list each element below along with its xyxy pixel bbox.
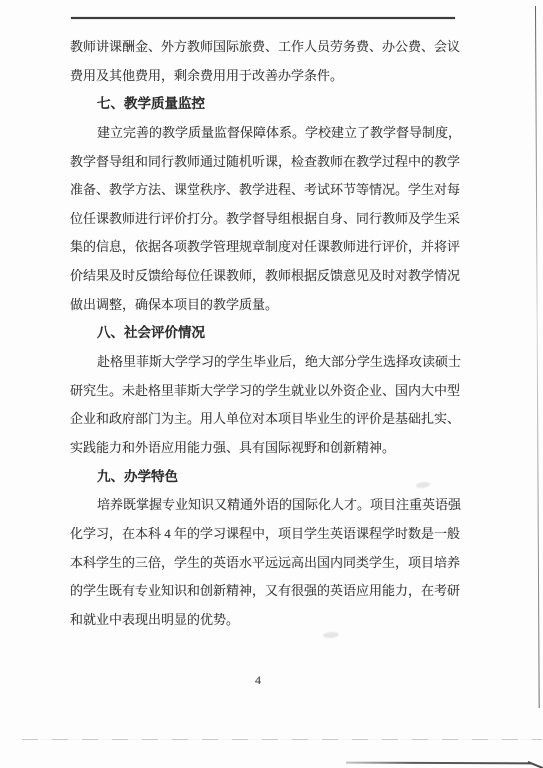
header-rule xyxy=(71,17,455,19)
text-line: 准备、教学方法、课堂秩序、教学进程、考试环节等情况。学生对每 xyxy=(70,176,474,205)
page-body-text: 教师讲课酬金、外方教师国际旅费、工作人员劳务费、办公费、会议 费用及其他费用，剩… xyxy=(70,33,474,634)
scan-bottom-dark-line xyxy=(346,762,532,764)
section-heading-8: 八、社会评价情况 xyxy=(70,319,474,348)
text-line: 企业和政府部门为主。用人单位对本项目毕业生的评价是基础扎实、 xyxy=(70,405,474,434)
text-line: 本科学生的三倍，学生的英语水平远远高出国内同类学生，项目培养 xyxy=(70,549,474,578)
text-line: 研究生。未赴格里菲斯大学学习的学生就业以外资企业、国内大中型 xyxy=(70,377,474,406)
text-line: 集的信息，依据各项教学管理规章制度对任课教师进行评价，并将评 xyxy=(70,233,474,262)
text-line: 价结果及时反馈给每位任课教师，教师根据反馈意见及时对教学情况 xyxy=(70,262,474,291)
text-line: 建立完善的教学质量监督保障体系。学校建立了教学督导制度， xyxy=(70,119,474,148)
page-number: 4 xyxy=(0,673,516,688)
scan-corner-mark xyxy=(528,761,543,768)
section-heading-7: 七、教学质量监控 xyxy=(70,90,474,119)
section-heading-9: 九、办学特色 xyxy=(70,463,474,492)
scan-right-edge-line xyxy=(535,6,540,708)
scan-smudge xyxy=(323,631,339,638)
scan-bottom-faint-line xyxy=(22,739,542,740)
text-line: 化学习，在本科 4 年的学习课程中，项目学生英语课程学时数是一般 xyxy=(70,520,474,549)
scanned-document-page: 教师讲课酬金、外方教师国际旅费、工作人员劳务费、办公费、会议 费用及其他费用，剩… xyxy=(0,0,543,768)
text-line: 教师讲课酬金、外方教师国际旅费、工作人员劳务费、办公费、会议 xyxy=(70,33,474,62)
text-line: 费用及其他费用，剩余费用用于改善办学条件。 xyxy=(70,62,474,91)
text-line: 实践能力和外语应用能力强、具有国际视野和创新精神。 xyxy=(70,434,474,463)
text-line: 培养既掌握专业知识又精通外语的国际化人才。项目注重英语强 xyxy=(70,491,474,520)
text-line: 和就业中表现出明显的优势。 xyxy=(70,606,474,635)
text-line: 教学督导组和同行教师通过随机听课，检查教师在教学过程中的教学 xyxy=(70,148,474,177)
text-line: 赴格里菲斯大学学习的学生毕业后，绝大部分学生选择攻读硕士 xyxy=(70,348,474,377)
text-line: 做出调整，确保本项目的教学质量。 xyxy=(70,291,474,320)
text-line: 位任课教师进行评价打分。教学督导组根据自身、同行教师及学生采 xyxy=(70,205,474,234)
text-line: 的学生既有专业知识和创新精神，又有很强的英语应用能力，在考研 xyxy=(70,577,474,606)
